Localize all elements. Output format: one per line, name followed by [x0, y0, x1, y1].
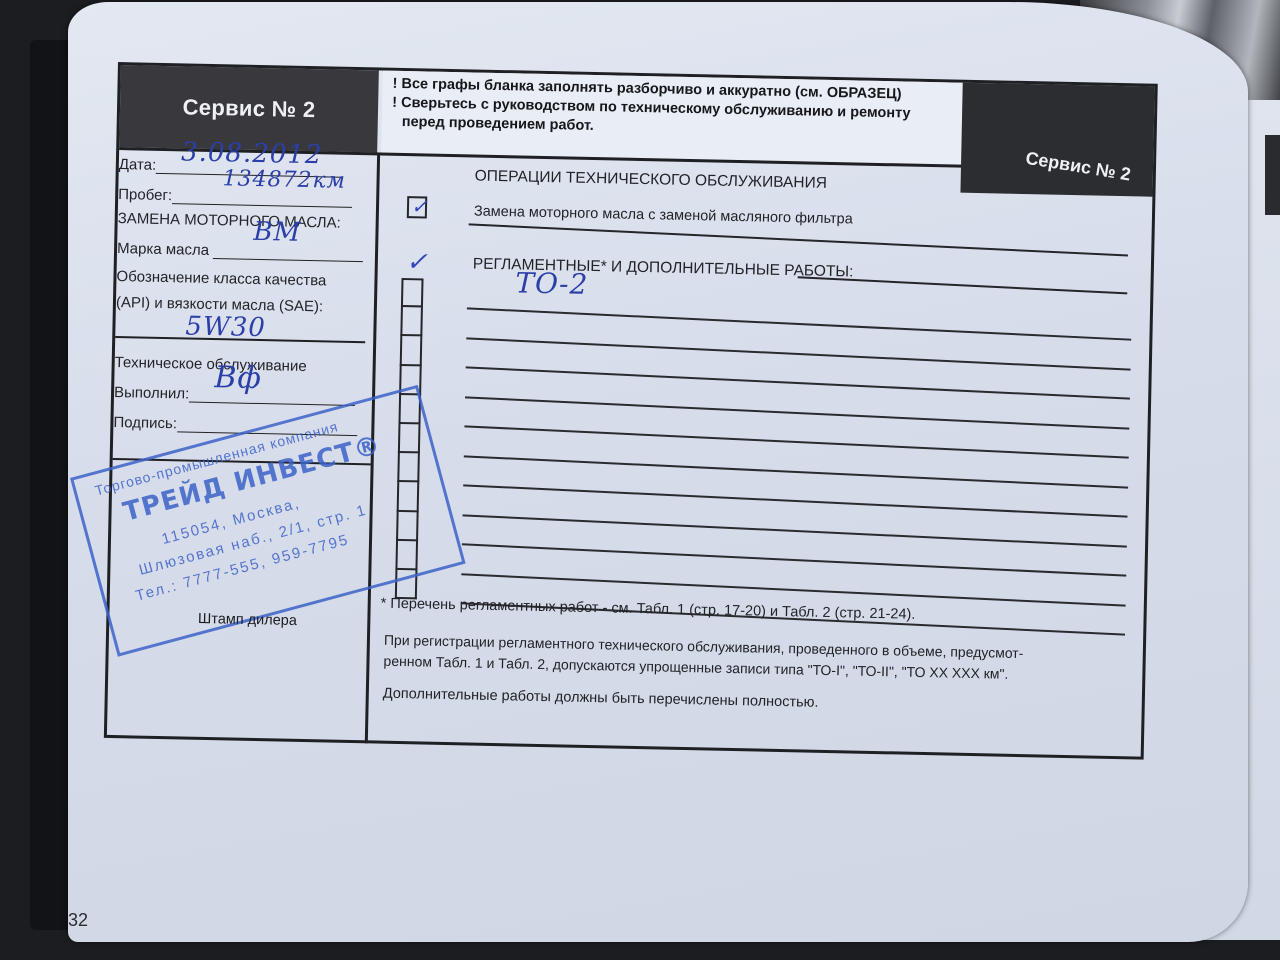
- oil-brand-field[interactable]: Марка масла: [117, 240, 363, 262]
- regular-title-line: [798, 276, 1128, 294]
- regular-work-line[interactable]: [466, 366, 1130, 399]
- signature-label: Подпись:: [113, 414, 177, 432]
- check-icon: ✓: [411, 194, 428, 219]
- registration-note: При регистрации регламентного техническо…: [383, 630, 1144, 688]
- regular-work-line[interactable]: [466, 337, 1130, 370]
- service-form: Сервис № 2 ! Все графы бланка заполнять …: [104, 62, 1158, 760]
- check-icon: ✓: [406, 246, 428, 277]
- regular-work-checkbox[interactable]: [400, 336, 423, 366]
- mileage-value: 134872км: [222, 166, 346, 194]
- dealer-stamp-label: Штамп дилера: [198, 611, 297, 629]
- regular-entry-1: ТО-2: [515, 266, 589, 301]
- date-label: Дата:: [119, 156, 157, 174]
- maintenance-label: Техническое обслуживание: [115, 354, 307, 375]
- operation-line: [469, 223, 1128, 256]
- additional-works-note: Дополнительные работы должны быть перечи…: [383, 686, 819, 711]
- operations-title: ОПЕРАЦИИ ТЕХНИЧЕСКОГО ОБСЛУЖИВАНИЯ: [474, 167, 827, 192]
- regular-work-line[interactable]: [465, 396, 1129, 429]
- regular-work-line[interactable]: [463, 484, 1127, 517]
- right-column: ОПЕРАЦИИ ТЕХНИЧЕСКОГО ОБСЛУЖИВАНИЯ ✓ Зам…: [368, 156, 1155, 760]
- regular-work-line[interactable]: [463, 514, 1127, 547]
- oil-brand-value: BM: [253, 217, 301, 248]
- regular-work-line[interactable]: [464, 455, 1128, 488]
- mileage-label: Пробег:: [118, 186, 172, 204]
- next-page-header-band: [1265, 135, 1280, 215]
- regular-work-checkbox[interactable]: [400, 307, 423, 337]
- regular-work-line[interactable]: [467, 307, 1131, 340]
- oil-change-heading: ЗАМЕНА МОТОРНОГО МАСЛА:: [118, 210, 341, 232]
- regular-work-line[interactable]: [462, 543, 1126, 576]
- oil-class-label-1: Обозначение класса качества: [116, 268, 326, 289]
- oil-brand-label: Марка масла: [117, 240, 209, 259]
- performed-by-signature: Bф: [214, 360, 262, 396]
- regular-work-checkbox[interactable]: [401, 278, 424, 308]
- operation-oil-filter: Замена моторного масла с заменой масляно…: [474, 203, 853, 227]
- header-notes: ! Все графы бланка заполнять разборчиво …: [381, 71, 963, 165]
- oil-filter-checkbox[interactable]: ✓: [407, 196, 427, 218]
- footnote: * Перечень регламентных работ - см. Табл…: [381, 596, 916, 623]
- date-value: 3.08.2012: [181, 137, 323, 170]
- page-number: 32: [68, 910, 88, 931]
- performed-by-label: Выполнил:: [114, 384, 190, 403]
- regular-work-line[interactable]: [464, 425, 1128, 458]
